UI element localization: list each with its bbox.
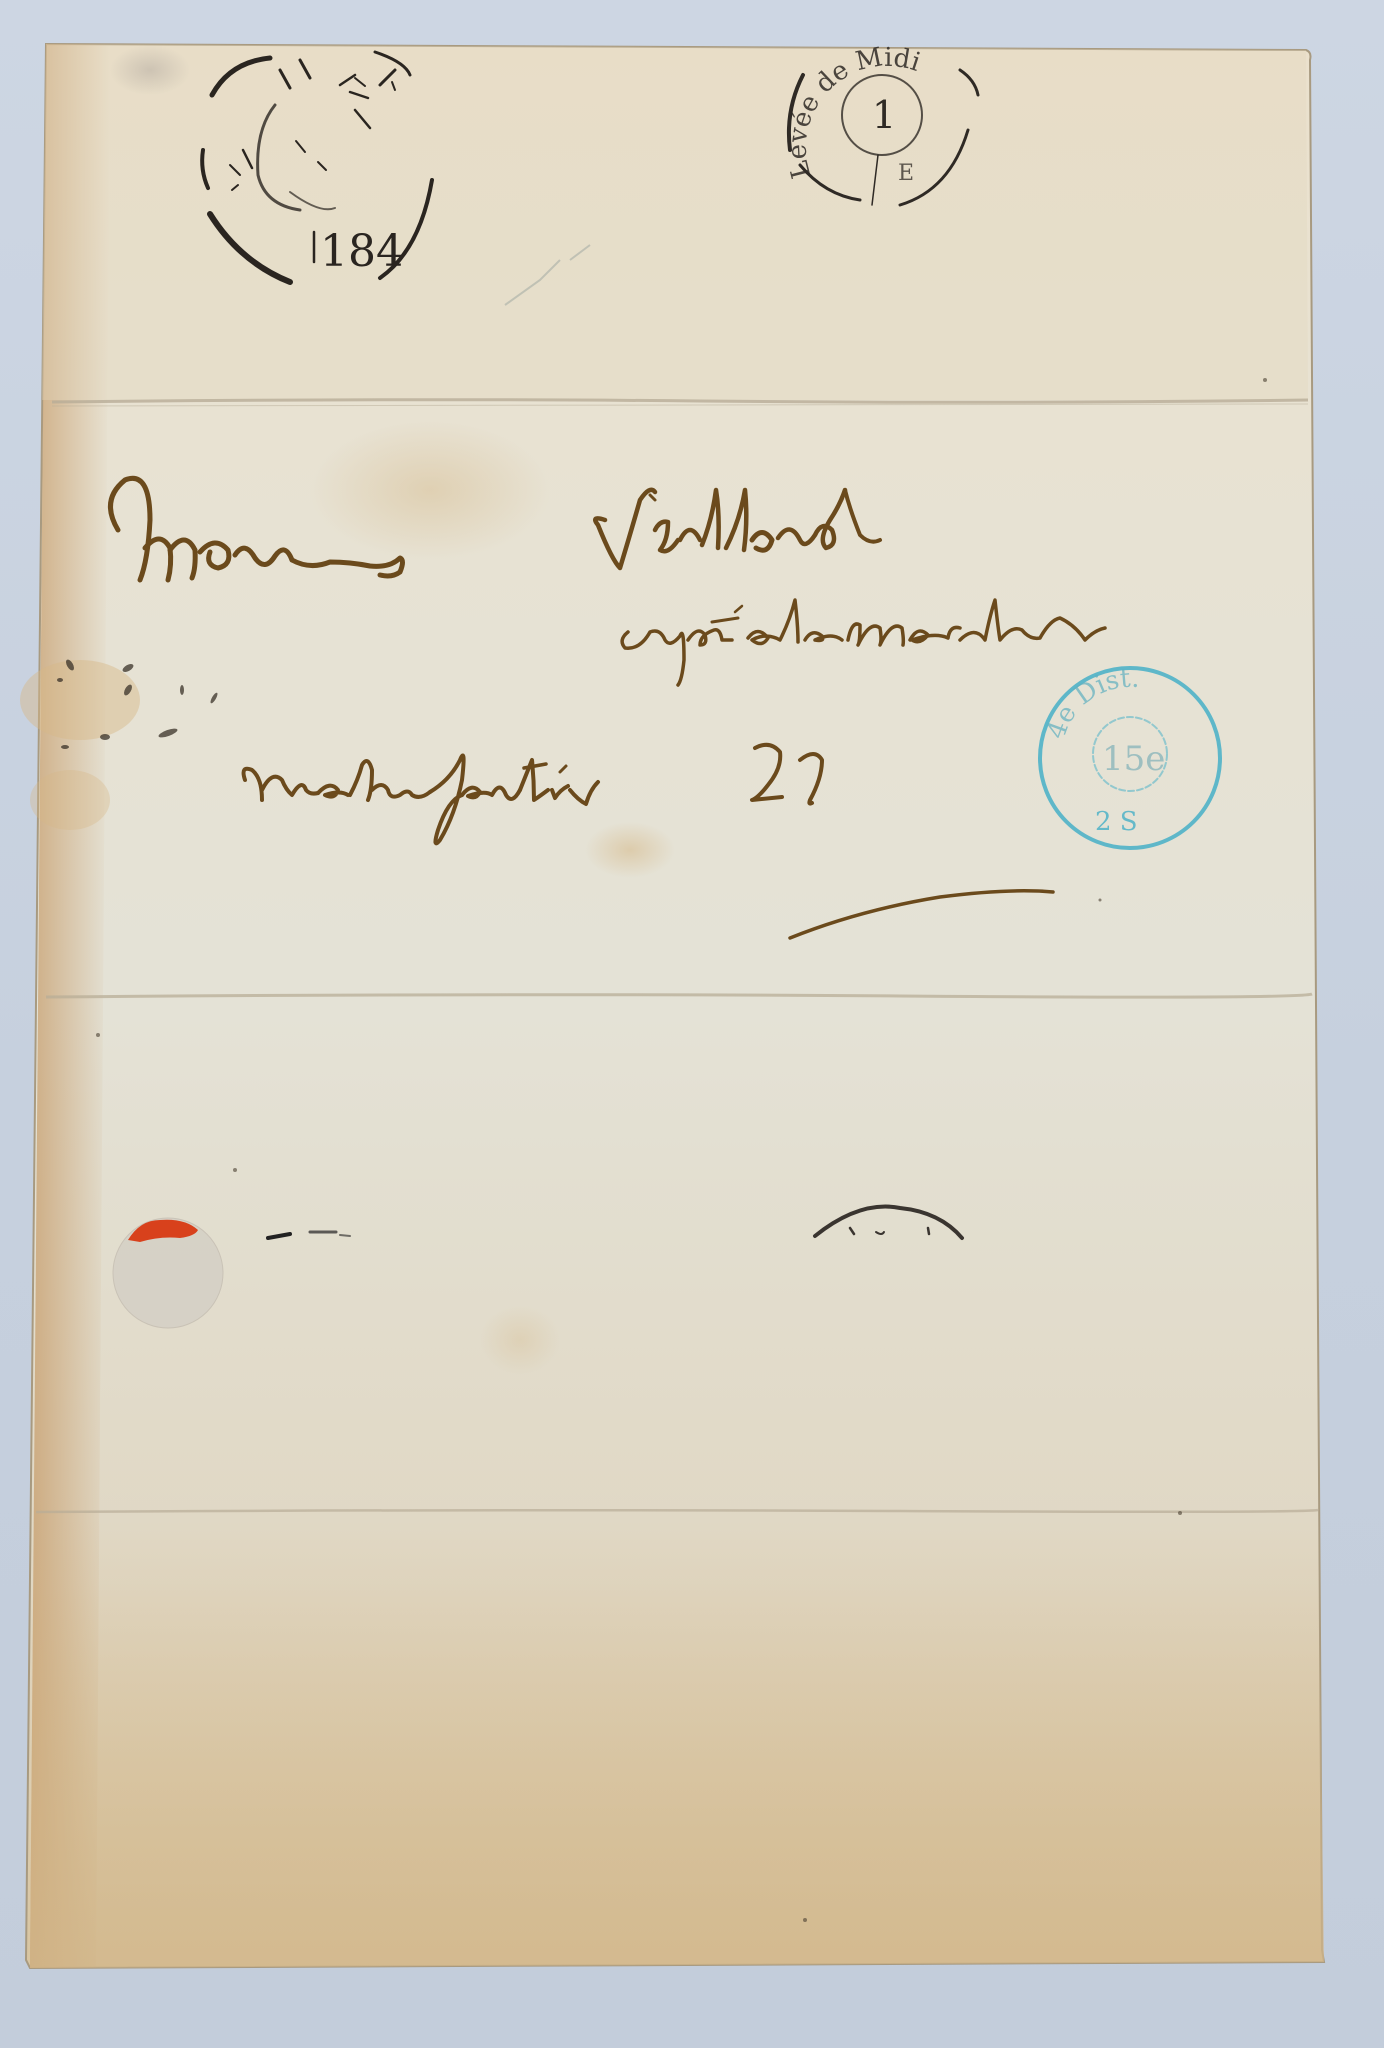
datestamp-year-fragment: 184 <box>320 226 404 277</box>
wax-seal <box>113 1218 223 1328</box>
letter-sheet: 184 Levée de Midi 1 E <box>0 0 1384 2048</box>
blue-stamp-center-text: 15e <box>1102 739 1165 779</box>
levee-center-text: 1 <box>872 93 896 137</box>
letter-paper: 184 Levée de Midi 1 E <box>0 0 1384 2048</box>
blue-stamp-bottom-text: 2 S <box>1095 807 1138 837</box>
levee-bottom-text: E <box>898 161 914 186</box>
address-salutation: Monsieur <box>120 559 125 561</box>
address-name: Viellard <box>599 539 604 541</box>
